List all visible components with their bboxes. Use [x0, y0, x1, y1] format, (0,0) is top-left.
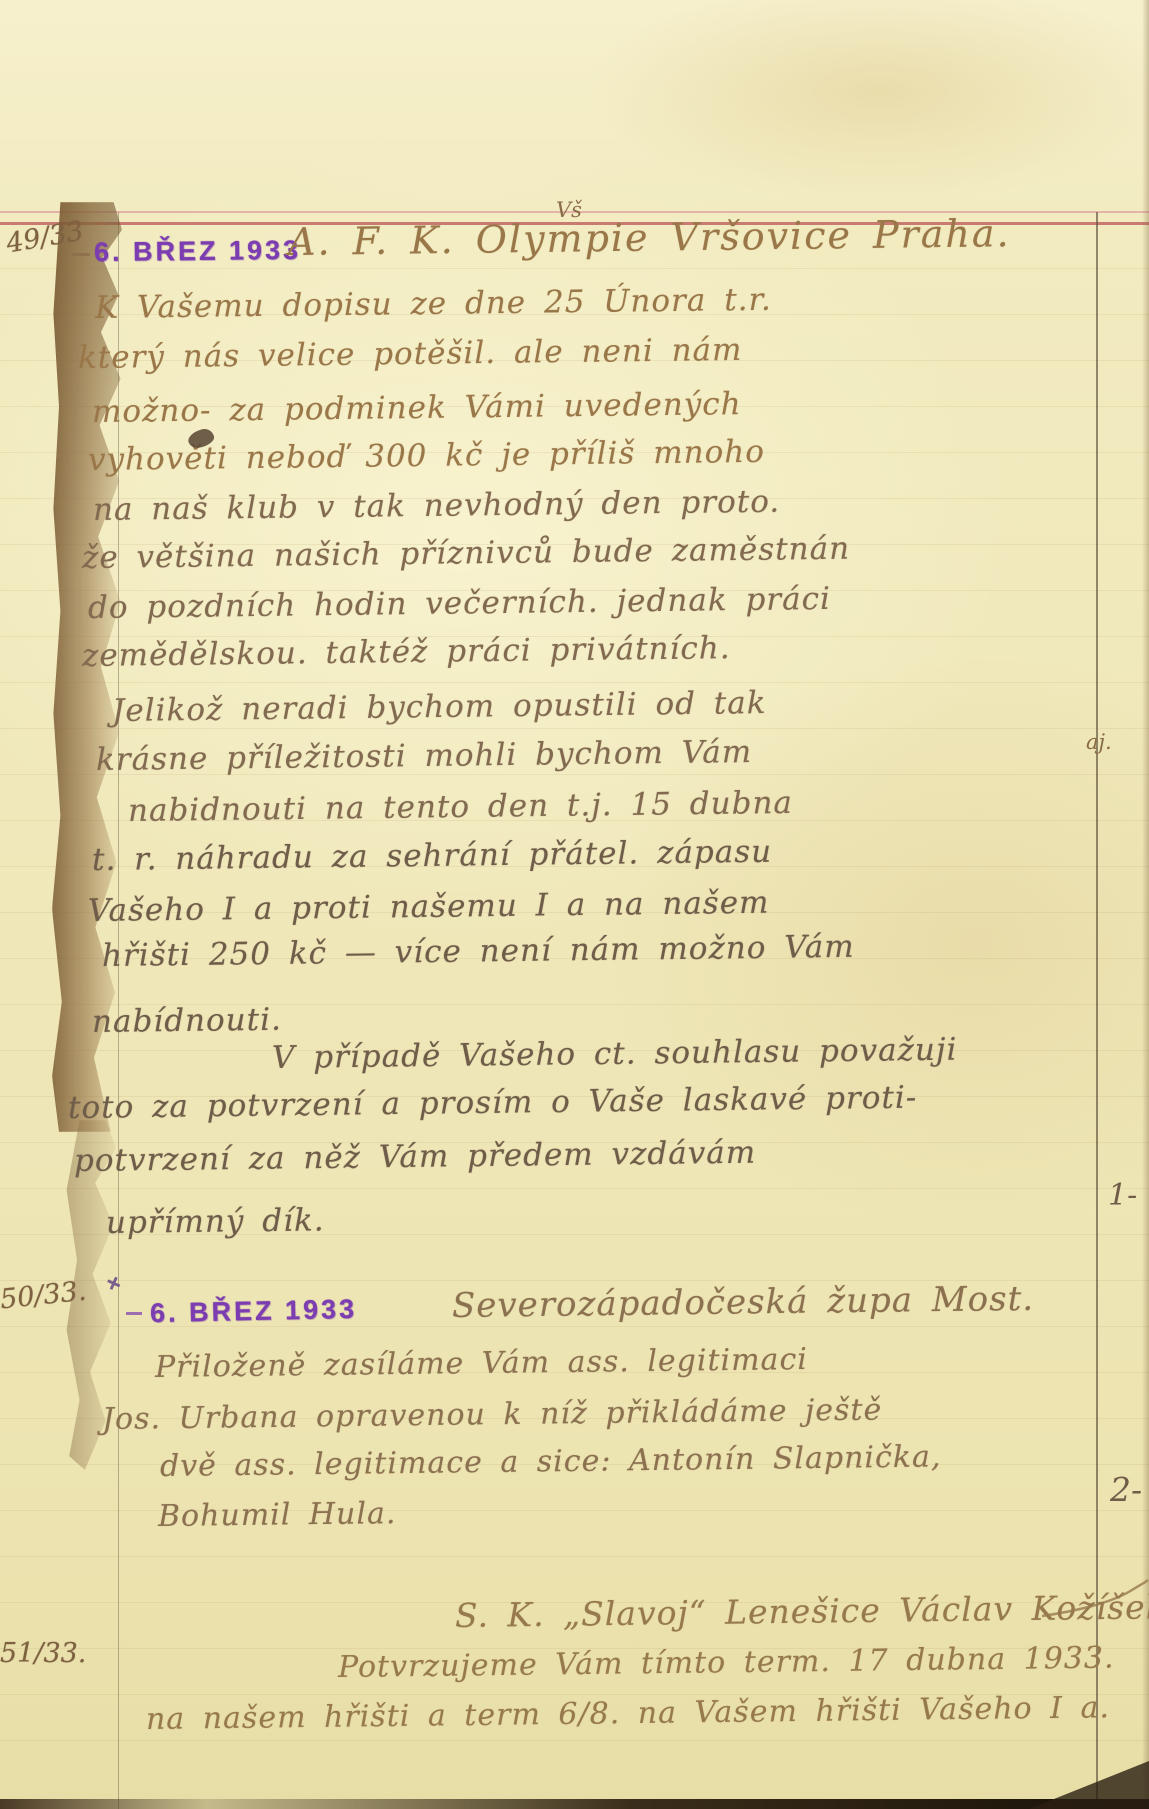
entry-1-heading: A. F. K. Olympie Vršovice Praha.: [288, 213, 1011, 262]
entry-1-line: toto za potvrzení a prosím o Vaše laskav…: [68, 1078, 918, 1128]
page-bottom-edge: [0, 1799, 1149, 1809]
right-margin-line: [1096, 212, 1098, 1809]
entry-2-line: Přiloženě zasíláme Vám ass. legitimaci: [155, 1340, 808, 1388]
entry-2-line: dvě ass. legitimace a sice: Antonín Slap…: [160, 1437, 942, 1487]
stamp-dash-2: [126, 1312, 142, 1315]
entry-1-line: hřišti 250 kč — více není nám možno Vám: [102, 927, 855, 976]
entry-1-heading-insertion: Vš: [556, 198, 582, 222]
entry-2-heading: Severozápadočeská župa Most.: [452, 1279, 1035, 1326]
entry-2-line: Jos. Urbana opravenou k níž přikládáme j…: [102, 1390, 883, 1440]
date-stamp-2: 6. BŘEZ 1933: [150, 1294, 358, 1329]
entry-1-line: Vašeho I a proti našemu I a na našem: [88, 883, 770, 931]
entry-1-line: upřímný dík.: [106, 1200, 325, 1243]
entry-3-line: na našem hřišti a term 6/8. na Vašem hři…: [146, 1688, 1110, 1740]
entry-1-line: zemědělskou. taktéž práci privátních.: [82, 628, 731, 676]
entry-1-line: K Vašemu dopisu ze dne 25 Února t.r.: [95, 280, 772, 328]
page-corner-shadow: [1029, 1761, 1149, 1809]
date-stamp-1: 6. BŘEZ 1933: [94, 235, 301, 268]
entry-1-line: Jelikož neradi bychom opustili od tak: [112, 683, 767, 731]
entry-2-line: Bohumil Hula.: [158, 1494, 397, 1537]
entry-1-line: že většina našich příznivců bude zaměstn…: [82, 529, 851, 578]
entry-1-line: který nás velice potěšil. ale neni nám: [78, 330, 743, 378]
entry-1-line: do pozdních hodin večerních. jednak prác…: [88, 579, 831, 628]
ledger-page-scan: 49/33 6. BŘEZ 1933 A. F. K. Olympie Vršo…: [0, 0, 1149, 1809]
entry-1-line: na naš klub v tak nevhodný den proto.: [93, 482, 781, 530]
entry-1-line: nabidnouti na tento den t.j. 15 dubna: [128, 783, 793, 831]
entry-number-51-33: 51/33.: [0, 1638, 86, 1669]
entry-2-cost-note: 2-: [1110, 1470, 1142, 1509]
stamp-smudge: +: [100, 1266, 126, 1300]
entry-1-line: nabídnouti.: [92, 1000, 282, 1042]
entry-1-line: krásne příležitosti mohli bychom Vám: [96, 732, 753, 780]
entry-1-line: t. r. náhradu za sehrání přátel. zápasu: [92, 832, 773, 880]
entry-1-cost-note: 1-: [1108, 1178, 1137, 1213]
entry-1-line: potvrzení za něž Vám předem vzdávám: [74, 1133, 757, 1181]
entry-1-line-insertion: aj.: [1086, 730, 1112, 754]
entry-1-line: možno- za podminek Vámi uvedených: [92, 384, 742, 432]
entry-1-line: V případě Vašeho ct. souhlasu považuji: [272, 1030, 958, 1078]
stamp-dash-1: [72, 253, 90, 256]
entry-3-line: Potvrzujeme Vám tímto term. 17 dubna 193…: [338, 1639, 1115, 1688]
page-right-edge-shadow: [1142, 0, 1149, 1809]
pen-flourish: [1040, 1578, 1149, 1620]
